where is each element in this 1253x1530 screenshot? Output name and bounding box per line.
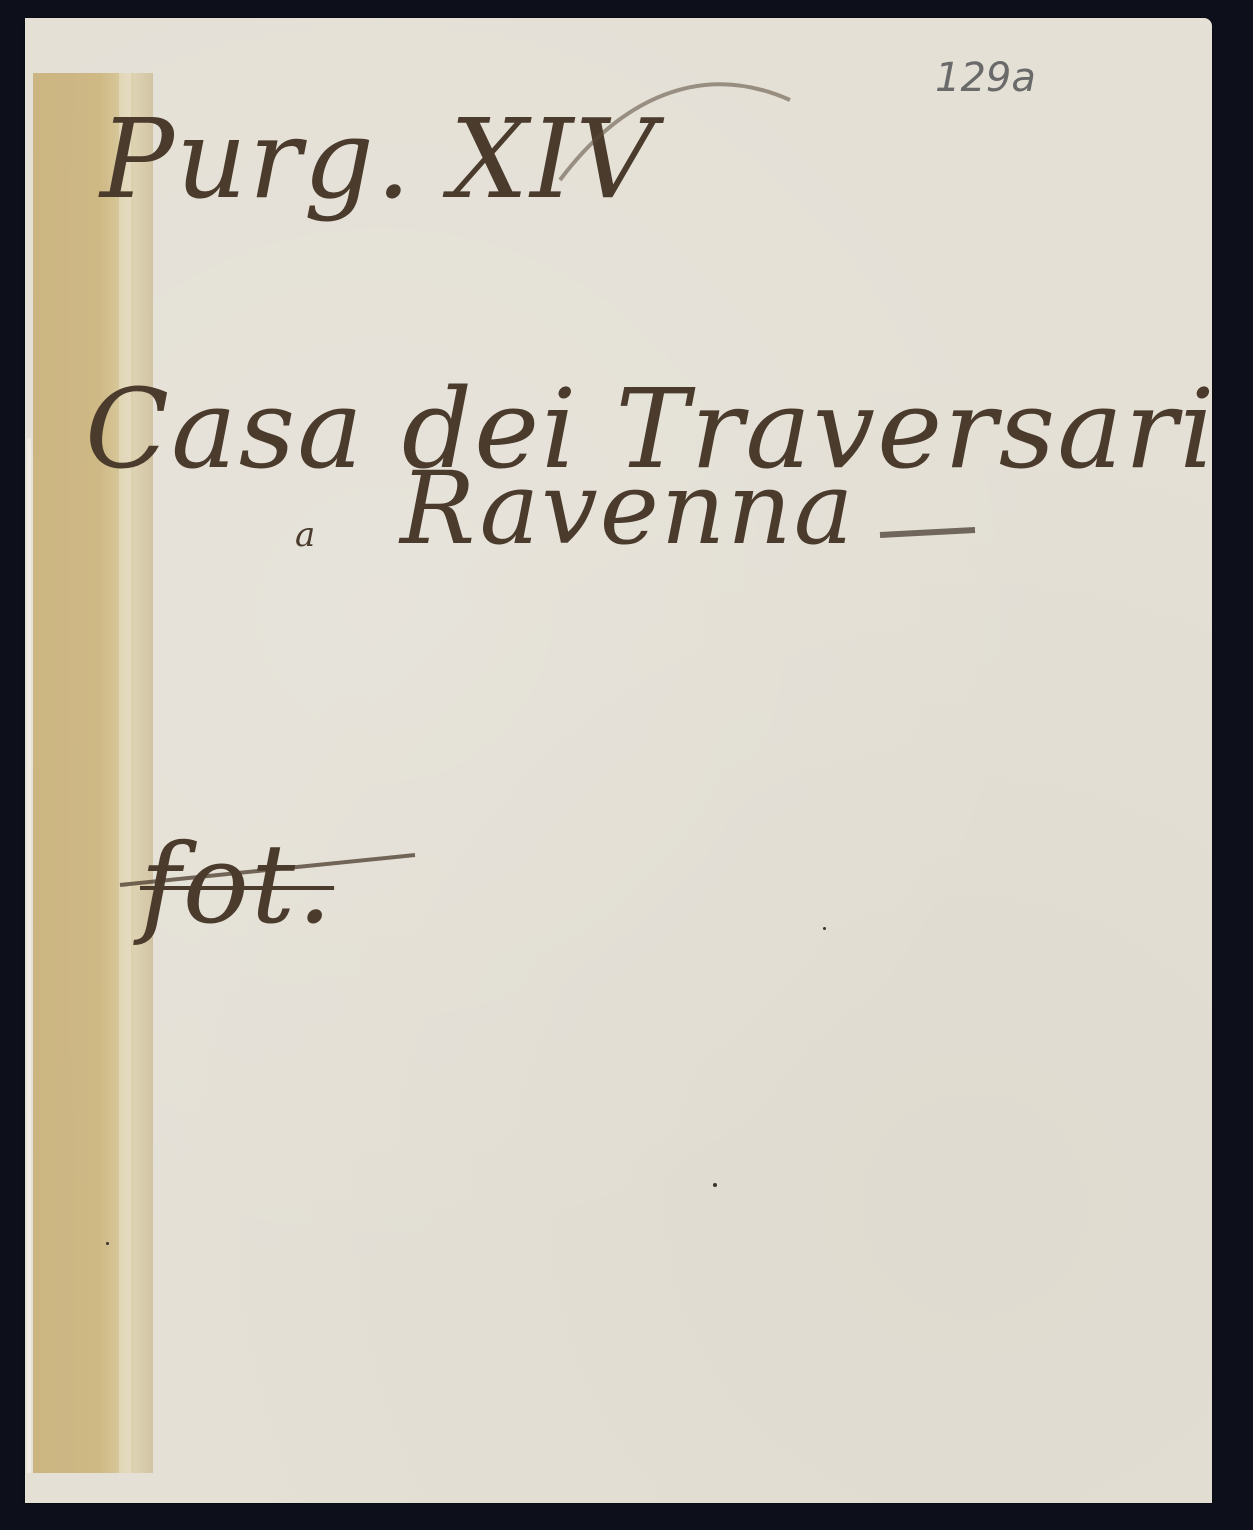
- note-fot: fot.: [140, 820, 334, 948]
- heading-purg-xiv: Purg. XIV: [100, 95, 657, 223]
- reference-number: 129a: [935, 55, 1036, 101]
- ink-speck: [106, 1242, 109, 1245]
- ink-speck: [823, 927, 826, 930]
- location-prefix: a: [295, 515, 317, 555]
- tape-edge-highlight: [27, 438, 31, 1473]
- adhesive-tape-strip: [33, 73, 153, 1473]
- note-card: [25, 18, 1212, 1503]
- ink-speck: [713, 1183, 717, 1187]
- location-ravenna: Ravenna: [400, 450, 855, 567]
